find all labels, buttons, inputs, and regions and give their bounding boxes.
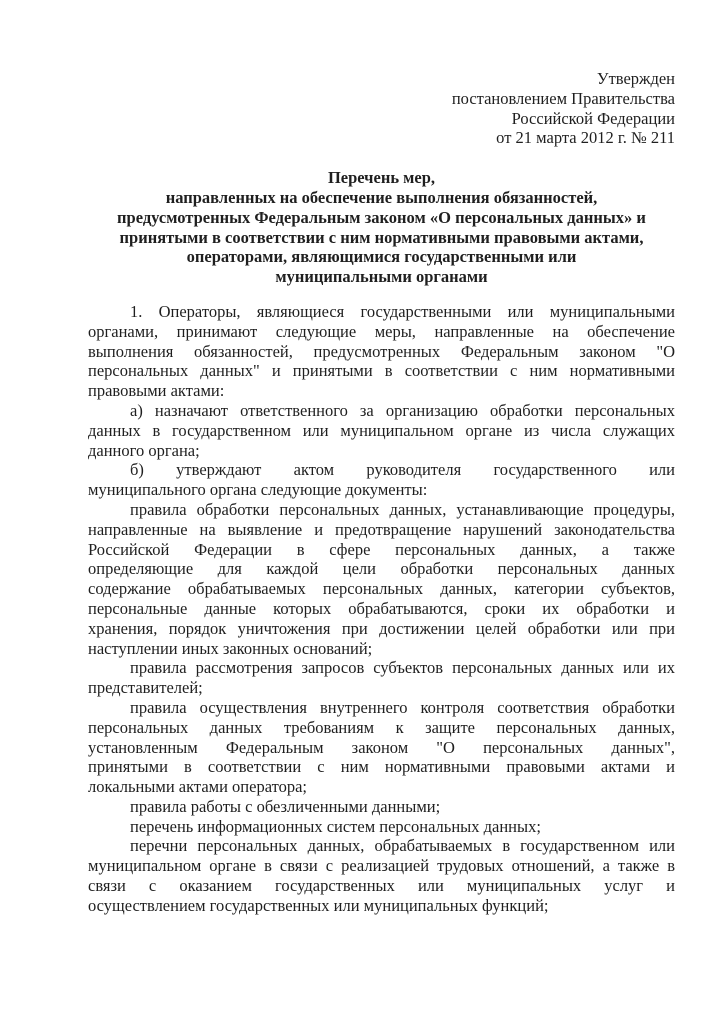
body-paragraph-4: правила обработки персональных данных, у… [88,500,675,658]
paragraph-line: наступлении иных законных оснований; [88,639,675,659]
document-body: 1. Операторы, являющиеся государственным… [88,302,675,916]
approval-line: Российской Федерации [88,109,675,129]
approval-line: от 21 марта 2012 г. № 211 [88,128,675,148]
document-page: Утвержденпостановлением ПравительстваРос… [0,0,724,1024]
title-line: принятыми в соответствии с ним нормативн… [88,228,675,248]
title-line: операторами, являющимися государственным… [88,247,675,267]
paragraph-line: хранения, порядок уничтожения при достиж… [88,619,675,639]
paragraph-line: персональные данные которых обрабатывают… [88,599,675,619]
paragraph-line: органами, принимают следующие меры, напр… [88,322,675,342]
title-line: предусмотренных Федеральным законом «О п… [88,208,675,228]
body-paragraph-2: а) назначают ответственного за организац… [88,401,675,460]
body-paragraph-3: б) утверждают актом руководителя государ… [88,460,675,500]
title-line: направленных на обеспечение выполнения о… [88,188,675,208]
paragraph-line: представителей; [88,678,675,698]
paragraph-line: а) назначают ответственного за организац… [88,401,675,421]
paragraph-line: локальными актами оператора; [88,777,675,797]
body-paragraph-9: перечни персональных данных, обрабатывае… [88,836,675,915]
paragraph-line: связи с оказанием государственных или му… [88,876,675,896]
title-line: Перечень мер, [88,168,675,188]
paragraph-line: данных в государственном или муниципальн… [88,421,675,441]
paragraph-line: Российской Федерации в сфере персональны… [88,540,675,560]
paragraph-line: содержание обрабатываемых персональных д… [88,579,675,599]
paragraph-line: персональных данных" и принятыми в соотв… [88,361,675,381]
paragraph-line: правила осуществления внутреннего контро… [88,698,675,718]
paragraph-line: муниципального органа следующие документ… [88,480,675,500]
paragraph-line: правила рассмотрения запросов субъектов … [88,658,675,678]
body-paragraph-1: 1. Операторы, являющиеся государственным… [88,302,675,401]
paragraph-line: осуществлением государственных или муниц… [88,896,675,916]
paragraph-line: 1. Операторы, являющиеся государственным… [88,302,675,322]
paragraph-line: перечни персональных данных, обрабатывае… [88,836,675,856]
paragraph-line: выполнения обязанностей, предусмотренных… [88,342,675,362]
paragraph-line: муниципальном органе в связи с реализаци… [88,856,675,876]
paragraph-line: определяющие для каждой цели обработки п… [88,559,675,579]
approval-line: Утвержден [88,69,675,89]
approval-block: Утвержденпостановлением ПравительстваРос… [88,69,675,148]
paragraph-line: правила обработки персональных данных, у… [88,500,675,520]
paragraph-line: б) утверждают актом руководителя государ… [88,460,675,480]
body-paragraph-5: правила рассмотрения запросов субъектов … [88,658,675,698]
approval-line: постановлением Правительства [88,89,675,109]
paragraph-line: перечень информационных систем персональ… [88,817,675,837]
paragraph-line: данного органа; [88,441,675,461]
document-title: Перечень мер,направленных на обеспечение… [88,168,675,287]
body-paragraph-7: правила работы с обезличенными данными; [88,797,675,817]
body-paragraph-8: перечень информационных систем персональ… [88,817,675,837]
paragraph-line: правовыми актами: [88,381,675,401]
paragraph-line: персональных данных требованиям к защите… [88,718,675,738]
paragraph-line: правила работы с обезличенными данными; [88,797,675,817]
title-line: муниципальными органами [88,267,675,287]
paragraph-line: установленным Федеральным законом "О пер… [88,738,675,758]
paragraph-line: направленные на выявление и предотвращен… [88,520,675,540]
paragraph-line: принятыми в соответствии с ним нормативн… [88,757,675,777]
body-paragraph-6: правила осуществления внутреннего контро… [88,698,675,797]
